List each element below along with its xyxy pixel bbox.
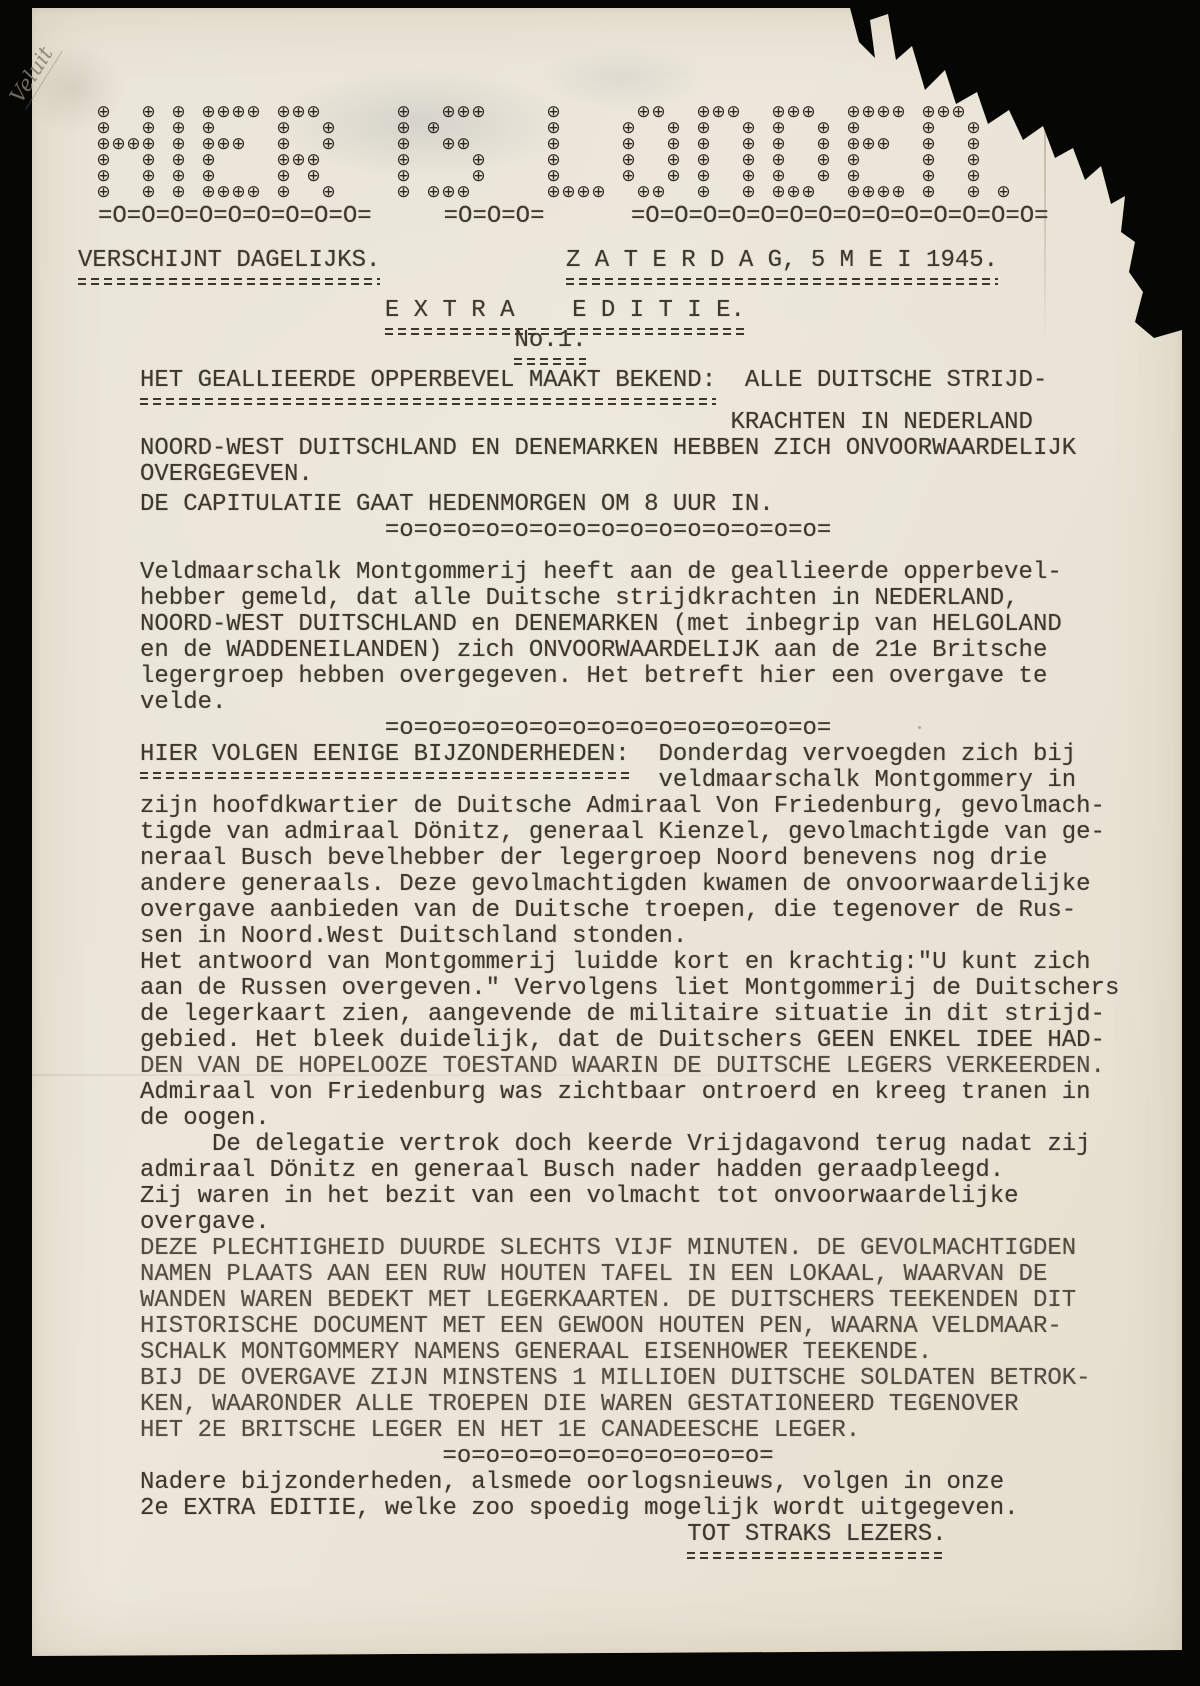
title-art-blank (651, 136, 666, 152)
title-art-blank (516, 136, 531, 152)
title-art-blank (936, 136, 951, 152)
circled-plus-glyph: ⊕ (996, 184, 1011, 200)
circled-plus-glyph: ⊕ (711, 104, 726, 120)
title-art-blank (831, 136, 846, 152)
circled-plus-glyph: ⊕ (861, 136, 876, 152)
title-art-blank (666, 184, 681, 200)
article-body: E X T R A E D I T I E. No.1.HET GEALLIEE… (140, 298, 1150, 1548)
title-art-blank (186, 152, 201, 168)
title-art-blank (366, 136, 381, 152)
title-art-blank (951, 152, 966, 168)
title-art-blank (336, 104, 351, 120)
title-art-blank (636, 136, 651, 152)
circled-plus-glyph: ⊕ (276, 184, 291, 200)
title-art-blank (636, 152, 651, 168)
circled-plus-glyph: ⊕ (546, 184, 561, 200)
title-art-blank (111, 104, 126, 120)
title-art-blank (516, 184, 531, 200)
body-line: velde. (140, 690, 1150, 716)
body-line: de legerkaart zien, aangevende de milita… (140, 1002, 1150, 1028)
title-art-blank (606, 136, 621, 152)
circled-plus-glyph: ⊕ (456, 184, 471, 200)
title-art-blank (126, 168, 141, 184)
circled-plus-glyph: ⊕ (591, 184, 606, 200)
title-art-blank (561, 152, 576, 168)
circled-plus-glyph: ⊕ (696, 184, 711, 200)
title-art-blank (981, 120, 996, 136)
title-art-blank (261, 136, 276, 152)
circled-plus-glyph: ⊕ (201, 184, 216, 200)
title-art-blank (996, 152, 1011, 168)
body-text (140, 1521, 687, 1548)
body-text: ALLE DUITSCHE STRIJD- (716, 367, 1047, 394)
title-art-blank (336, 136, 351, 152)
title-art-blank (981, 184, 996, 200)
title-art-blank (531, 136, 546, 152)
title-art-blank (381, 184, 396, 200)
title-art-blank (906, 104, 921, 120)
circled-plus-glyph: ⊕ (966, 184, 981, 200)
circled-plus-glyph: ⊕ (441, 184, 456, 200)
title-art-blank (381, 168, 396, 184)
body-line: NOORD-WEST DUITSCHLAND en DENEMARKEN (me… (140, 612, 1150, 638)
body-line: HISTORISCHE DOCUMENT MET EEN GEWOON HOUT… (140, 1314, 1150, 1340)
circled-plus-glyph: ⊕ (876, 136, 891, 152)
title-art-blank (156, 184, 171, 200)
title-art-blank (126, 152, 141, 168)
circled-plus-glyph: ⊕ (456, 136, 471, 152)
title-art-blank (186, 168, 201, 184)
title-art-blank (426, 152, 441, 168)
separator-line: =o=o=o=o=o=o=o=o=o=o=o= (140, 1444, 1150, 1470)
title-art-blank (756, 104, 771, 120)
circled-plus-glyph: ⊕ (456, 104, 471, 120)
title-art-blank (486, 104, 501, 120)
title-art-blank (576, 120, 591, 136)
body-line: overgave aanbieden van de Duitsche troep… (140, 898, 1150, 924)
title-art-blank (486, 120, 501, 136)
title-art-blank (261, 168, 276, 184)
title-art-blank (366, 152, 381, 168)
circled-plus-glyph: ⊕ (306, 168, 321, 184)
title-art-blank (801, 136, 816, 152)
body-line: OVERGEGEVEN. (140, 462, 1150, 488)
circled-plus-glyph: ⊕ (741, 184, 756, 200)
title-art-blank (261, 104, 276, 120)
circled-plus-glyph: ⊕ (441, 136, 456, 152)
title-art-blank (891, 136, 906, 152)
body-line: DE CAPITULATIE GAAT HEDENMORGEN OM 8 UUR… (140, 492, 1150, 518)
paper-stain (644, 1300, 649, 1304)
title-art-blank (306, 184, 321, 200)
circled-plus-glyph: ⊕ (306, 104, 321, 120)
title-art-blank (981, 104, 996, 120)
body-line: NOORD-WEST DUITSCHLAND EN DENEMARKEN HEB… (140, 436, 1150, 462)
circled-plus-glyph: ⊕ (171, 184, 186, 200)
title-art-blank (531, 120, 546, 136)
circled-plus-glyph: ⊕ (231, 104, 246, 120)
circled-plus-glyph: ⊕ (291, 152, 306, 168)
newspaper-sheet: ⊕⊕⊕⊕⊕⊕⊕⊕⊕⊕⊕⊕⊕⊕⊕⊕⊕⊕⊕⊕⊕⊕⊕⊕⊕⊕⊕⊕⊕⊕⊕⊕⊕⊕⊕⊕⊕⊕⊕⊕… (32, 8, 1182, 1656)
title-art-blank (486, 184, 501, 200)
circled-plus-glyph: ⊕ (246, 184, 261, 200)
title-art-blank (681, 168, 696, 184)
title-art-blank (486, 136, 501, 152)
body-line: aan de Russen overgeven." Vervolgens lie… (140, 976, 1150, 1002)
body-line: zijn hoofdkwartier de Duitsche Admiraal … (140, 794, 1150, 820)
title-art-blank (351, 104, 366, 120)
title-art-blank (111, 168, 126, 184)
body-line: neraal Busch bevelhebber der legergroep … (140, 846, 1150, 872)
title-art-blank (951, 168, 966, 184)
title-art-blank (366, 120, 381, 136)
title-art-blank (456, 152, 471, 168)
body-line: HET 2E BRITSCHE LEGER EN HET 1E CANADEES… (140, 1418, 1150, 1444)
title-art-blank (501, 136, 516, 152)
circled-plus-glyph: ⊕ (291, 104, 306, 120)
title-art-blank (351, 152, 366, 168)
circled-plus-glyph: ⊕ (861, 184, 876, 200)
title-art-blank (516, 120, 531, 136)
blank-line (140, 544, 1150, 560)
circled-plus-glyph: ⊕ (771, 184, 786, 200)
title-art-blank (186, 184, 201, 200)
circled-plus-glyph: ⊕ (471, 104, 486, 120)
title-art-blank (831, 104, 846, 120)
title-art-blank (576, 152, 591, 168)
title-art-blank (726, 184, 741, 200)
title-art-blank (606, 168, 621, 184)
circled-plus-glyph: ⊕ (216, 104, 231, 120)
circled-plus-glyph: ⊕ (321, 184, 336, 200)
body-line: Zij waren in het bezit van een volmacht … (140, 1184, 1150, 1210)
title-art-blank (801, 120, 816, 136)
body-line: legergroep hebben overgegeven. Het betre… (140, 664, 1150, 690)
title-art-blank (156, 120, 171, 136)
title-art-blank (321, 152, 336, 168)
title-art-blank (936, 184, 951, 200)
body-line: en de WADDENEILANDEN) zich ONVOORWAARDEL… (140, 638, 1150, 664)
title-art-blank (831, 152, 846, 168)
title-art-blank (336, 120, 351, 136)
circled-plus-glyph: ⊕ (936, 104, 951, 120)
title-art-blank (411, 120, 426, 136)
title-art-blank (651, 120, 666, 136)
title-art-blank (366, 184, 381, 200)
title-art-blank (366, 168, 381, 184)
title-art-blank (591, 104, 606, 120)
title-art-blank (786, 152, 801, 168)
body-line: sen in Noord.West Duitschland stonden. (140, 924, 1150, 950)
circled-plus-glyph: ⊕ (801, 184, 816, 200)
body-line: SCHALK MONTGOMMERY NAMENS GENERAAL EISEN… (140, 1340, 1150, 1366)
title-decoration-line: =O=O=O=O=O=O=O=O=O= =O=O=O= =O=O=O=O=O=O… (98, 204, 1049, 230)
circled-plus-glyph: ⊕ (876, 184, 891, 200)
title-art-blank (246, 136, 261, 152)
title-art-blank (576, 136, 591, 152)
title-art-blank (336, 168, 351, 184)
circled-plus-glyph: ⊕ (231, 184, 246, 200)
title-art-blank (606, 152, 621, 168)
title-art-blank (336, 152, 351, 168)
circled-plus-glyph: ⊕ (861, 104, 876, 120)
circled-plus-glyph: ⊕ (951, 104, 966, 120)
title-art-blank (291, 184, 306, 200)
title-art-blank (996, 104, 1011, 120)
title-art-blank (531, 152, 546, 168)
title-art-blank (681, 152, 696, 168)
title-art-blank (411, 152, 426, 168)
circled-plus-glyph: ⊕ (321, 136, 336, 152)
body-line: tigde van admiraal Dönitz, generaal Kien… (140, 820, 1150, 846)
title-art-blank (831, 184, 846, 200)
title-art-blank (561, 104, 576, 120)
title-art-blank (531, 168, 546, 184)
page-background: { "document": { "note": "Veluit", "title… (0, 0, 1200, 1686)
circled-plus-glyph: ⊕ (801, 104, 816, 120)
title-art-blank (216, 152, 231, 168)
title-art-blank (516, 168, 531, 184)
circled-plus-glyph: ⊕ (396, 184, 411, 200)
body-line: KEN, WAARONDER ALLE TROEPEN DIE WAREN GE… (140, 1392, 1150, 1418)
title-art-blank (306, 120, 321, 136)
circled-plus-glyph: ⊕ (561, 184, 576, 200)
title-art-blank (186, 120, 201, 136)
circled-plus-glyph: ⊕ (846, 184, 861, 200)
masthead-row: VERSCHIJNT DAGELIJKS. Z A T E R D A G, 5… (32, 248, 1182, 290)
title-art-blank (816, 184, 831, 200)
circled-plus-glyph: ⊕ (636, 184, 651, 200)
title-art-blank (591, 152, 606, 168)
title-art-blank (591, 120, 606, 136)
circled-plus-glyph: ⊕ (651, 104, 666, 120)
title-art-blank (711, 120, 726, 136)
title-art-blank (486, 152, 501, 168)
separator-line: =o=o=o=o=o=o=o=o=o=o=o=o=o=o=o= (140, 716, 1150, 742)
title-art-blank (936, 152, 951, 168)
body-line: overgave. (140, 1210, 1150, 1236)
title-art-blank (906, 120, 921, 136)
title-art-blank (351, 120, 366, 136)
separator-line: =o=o=o=o=o=o=o=o=o=o=o=o=o=o=o= (140, 518, 1150, 544)
title-art-blank (246, 152, 261, 168)
body-line: de oogen. (140, 1106, 1150, 1132)
circled-plus-glyph: ⊕ (216, 184, 231, 200)
body-line: Admiraal von Friedenburg was zichtbaar o… (140, 1080, 1150, 1106)
circled-plus-glyph: ⊕ (426, 184, 441, 200)
body-line: De delegatie vertrok doch keerde Vrijdag… (140, 1132, 1150, 1158)
title-art-blank (381, 152, 396, 168)
title-art-blank (711, 136, 726, 152)
title-art-blank (531, 184, 546, 200)
underlined-heading-text: TOT STRAKS LEZERS. (687, 1521, 946, 1563)
title-art-blank (501, 152, 516, 168)
title-art-blank (786, 136, 801, 152)
body-line: DEN VAN DE HOPELOOZE TOESTAND WAARIN DE … (140, 1054, 1150, 1080)
title-art-blank (726, 152, 741, 168)
title-art-blank (906, 184, 921, 200)
title-art-blank (411, 184, 426, 200)
title-art-blank (576, 104, 591, 120)
title-art-blank (786, 120, 801, 136)
title-art-blank (756, 184, 771, 200)
title-art-blank (426, 136, 441, 152)
title-art-blank (606, 184, 621, 200)
title-art-blank (711, 184, 726, 200)
body-line: admiraal Dönitz en generaal Busch nader … (140, 1158, 1150, 1184)
title-art-blank (111, 184, 126, 200)
title-art-blank (726, 168, 741, 184)
title-art-blank (381, 136, 396, 152)
title-art-blank (681, 184, 696, 200)
body-line: KRACHTEN IN NEDERLAND (140, 410, 1150, 436)
publication-date: Z A T E R D A G, 5 M E I 1945. (566, 248, 998, 289)
title-art-blank (996, 120, 1011, 136)
title-art-blank (981, 136, 996, 152)
title-art-blank (711, 168, 726, 184)
title-art-blank (606, 104, 621, 120)
circled-plus-glyph: ⊕ (141, 184, 156, 200)
title-art-blank (996, 136, 1011, 152)
title-art-blank (591, 136, 606, 152)
title-art-blank (261, 184, 276, 200)
masthead-title-art: ⊕⊕⊕⊕⊕⊕⊕⊕⊕⊕⊕⊕⊕⊕⊕⊕⊕⊕⊕⊕⊕⊕⊕⊕⊕⊕⊕⊕⊕⊕⊕⊕⊕⊕⊕⊕⊕⊕⊕⊕… (96, 104, 1011, 200)
circled-plus-glyph: ⊕ (471, 168, 486, 184)
title-art-blank (351, 184, 366, 200)
title-art-blank (291, 120, 306, 136)
title-art-blank (351, 136, 366, 152)
title-art-blank (126, 184, 141, 200)
title-art-blank (651, 152, 666, 168)
title-art-blank (936, 120, 951, 136)
title-art-blank (981, 152, 996, 168)
title-art-blank (366, 104, 381, 120)
title-art-blank (681, 120, 696, 136)
title-art-blank (261, 120, 276, 136)
title-art-blank (471, 184, 486, 200)
title-art-blank (351, 168, 366, 184)
circled-plus-glyph: ⊕ (726, 104, 741, 120)
title-art-blank (861, 152, 876, 168)
body-line: Veldmaarschalk Montgommerij heeft aan de… (140, 560, 1150, 586)
title-art-blank (501, 104, 516, 120)
paper-crease-horizontal (32, 1074, 1182, 1076)
paper-stain (918, 726, 921, 729)
title-art-blank (936, 168, 951, 184)
title-art-blank (156, 168, 171, 184)
circled-plus-glyph: ⊕ (246, 104, 261, 120)
title-art-blank (486, 168, 501, 184)
body-line: Nadere bijzonderheden, alsmede oorlogsni… (140, 1470, 1150, 1496)
title-art-blank (756, 136, 771, 152)
underlined-heading-text: HET GEALLIEERDE OPPERBEVEL MAAKT BEKEND: (140, 367, 716, 409)
title-art-blank (951, 184, 966, 200)
title-art-blank (501, 168, 516, 184)
title-art-blank (906, 136, 921, 152)
title-art-blank (756, 168, 771, 184)
body-line: NAMEN PLAATS AAN EEN RUW HOUTEN TAFEL IN… (140, 1262, 1150, 1288)
title-art-blank (891, 152, 906, 168)
title-art-blank (186, 104, 201, 120)
title-art-blank (156, 136, 171, 152)
title-art-blank (876, 152, 891, 168)
paper-crease-vertical (1044, 24, 1046, 344)
body-text (140, 327, 514, 354)
circled-plus-glyph: ⊕ (816, 168, 831, 184)
circled-plus-glyph: ⊕ (666, 168, 681, 184)
circled-plus-glyph: ⊕ (441, 104, 456, 120)
title-art-blank (726, 120, 741, 136)
title-art-blank (441, 152, 456, 168)
title-art-blank (111, 152, 126, 168)
title-art-blank (906, 168, 921, 184)
title-art-blank (516, 152, 531, 168)
publication-frequency: VERSCHIJNT DAGELIJKS. (78, 248, 380, 289)
title-art-blank (156, 152, 171, 168)
title-art-blank (711, 152, 726, 168)
circled-plus-glyph: ⊕ (111, 136, 126, 152)
title-art-row: ⊕⊕⊕⊕⊕⊕⊕⊕⊕⊕⊕⊕⊕⊕⊕⊕⊕⊕⊕⊕⊕⊕⊕⊕⊕⊕⊕⊕⊕⊕⊕ (96, 184, 1011, 200)
title-art-blank (606, 120, 621, 136)
circled-plus-glyph: ⊕ (126, 136, 141, 152)
body-line: HIER VOLGEN EENIGE BIJZONDERHEDEN: Donde… (140, 742, 1150, 768)
title-art-blank (621, 184, 636, 200)
title-art-blank (501, 120, 516, 136)
circled-plus-glyph: ⊕ (921, 184, 936, 200)
title-art-blank (831, 120, 846, 136)
title-art-blank (516, 104, 531, 120)
circled-plus-glyph: ⊕ (891, 184, 906, 200)
circled-plus-glyph: ⊕ (786, 184, 801, 200)
title-art-blank (756, 152, 771, 168)
title-art-blank (501, 184, 516, 200)
title-art-blank (561, 120, 576, 136)
title-art-blank (261, 152, 276, 168)
body-line: Het antwoord van Montgommerij luidde kor… (140, 950, 1150, 976)
body-text: Donderdag vervoegden zich bij (630, 741, 1076, 768)
body-line: E X T R A E D I T I E. (140, 298, 1150, 324)
body-line: hebber gemeld, dat alle Duitsche strijdk… (140, 586, 1150, 612)
title-art-blank (246, 120, 261, 136)
body-text (140, 297, 385, 324)
title-art-blank (411, 136, 426, 152)
title-art-blank (411, 168, 426, 184)
body-line: 2e EXTRA EDITIE, welke zoo spoedig mogel… (140, 1496, 1150, 1522)
body-line: veldmaarschalk Montgommery in (140, 768, 1150, 794)
title-art-blank (156, 104, 171, 120)
body-line: andere generaals. Deze gevolmachtigden k… (140, 872, 1150, 898)
title-art-blank (471, 120, 486, 136)
title-art-blank (801, 152, 816, 168)
title-art-blank (831, 168, 846, 184)
body-line: gebied. Het bleek duidelijk, dat de Duit… (140, 1028, 1150, 1054)
circled-plus-glyph: ⊕ (651, 184, 666, 200)
circled-plus-glyph: ⊕ (231, 136, 246, 152)
circled-plus-glyph: ⊕ (426, 120, 441, 136)
title-art-blank (381, 120, 396, 136)
circled-plus-glyph: ⊕ (636, 104, 651, 120)
body-line: DEZE PLECHTIGHEID DUURDE SLECHTS VIJF MI… (140, 1236, 1150, 1262)
circled-plus-glyph: ⊕ (96, 184, 111, 200)
body-line: TOT STRAKS LEZERS. (140, 1522, 1150, 1548)
title-art-blank (381, 104, 396, 120)
circled-plus-glyph: ⊕ (891, 104, 906, 120)
title-art-blank (756, 120, 771, 136)
circled-plus-glyph: ⊕ (786, 104, 801, 120)
title-art-blank (531, 104, 546, 120)
title-art-blank (681, 104, 696, 120)
title-art-blank (231, 152, 246, 168)
